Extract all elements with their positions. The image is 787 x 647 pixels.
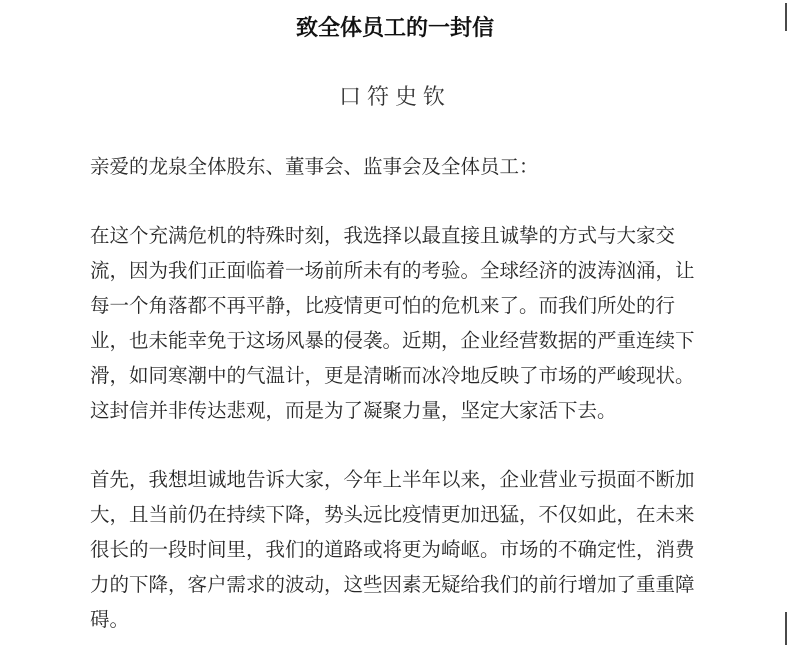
letter-body: 在这个充满危机的特殊时刻，我选择以最直接且诚挚的方式与大家交流，因为我们正面临着… [90, 219, 700, 638]
letter-document: 致全体员工的一封信 口符史钦 亲爱的龙泉全体股东、董事会、监事会及全体员工： 在… [0, 0, 787, 638]
letter-title: 致全体员工的一封信 [90, 12, 700, 44]
text-line: 很长的一段时间里，我们的道路或将更为崎岖。市场的不确定性，消费 [90, 533, 700, 568]
text-line: 碍。 [90, 603, 700, 638]
text-line: 在这个充满危机的特殊时刻，我选择以最直接且诚挚的方式与大家交 [90, 219, 700, 254]
text-line: 力的下降，客户需求的波动，这些因素无疑给我们的前行增加了重重障 [90, 568, 700, 603]
text-line: 业，也未能幸免于这场风暴的侵袭。近期，企业经营数据的严重连续下 [90, 324, 700, 359]
text-line: 每一个角落都不再平静，比疫情更可怕的危机来了。而我们所处的行 [90, 289, 700, 324]
text-line: 这封信并非传达悲观，而是为了凝聚力量，坚定大家活下去。 [90, 394, 700, 429]
paragraph: 首先，我想坦诚地告诉大家，今年上半年以来，企业营业亏损面不断加大，且当前仍在持续… [90, 463, 700, 638]
salutation: 亲爱的龙泉全体股东、董事会、监事会及全体员工： [90, 150, 700, 185]
text-line: 流，因为我们正面临着一场前所未有的考验。全球经济的波涛汹涌，让 [90, 254, 700, 289]
paragraph: 在这个充满危机的特殊时刻，我选择以最直接且诚挚的方式与大家交流，因为我们正面临着… [90, 219, 700, 429]
letter-author: 口符史钦 [90, 82, 700, 112]
text-line: 大，且当前仍在持续下降，势头远比疫情更加迅猛，不仅如此，在未来 [90, 498, 700, 533]
text-line: 滑，如同寒潮中的气温计，更是清晰而冰冷地反映了市场的严峻现状。 [90, 359, 700, 394]
text-line: 首先，我想坦诚地告诉大家，今年上半年以来，企业营业亏损面不断加 [90, 463, 700, 498]
